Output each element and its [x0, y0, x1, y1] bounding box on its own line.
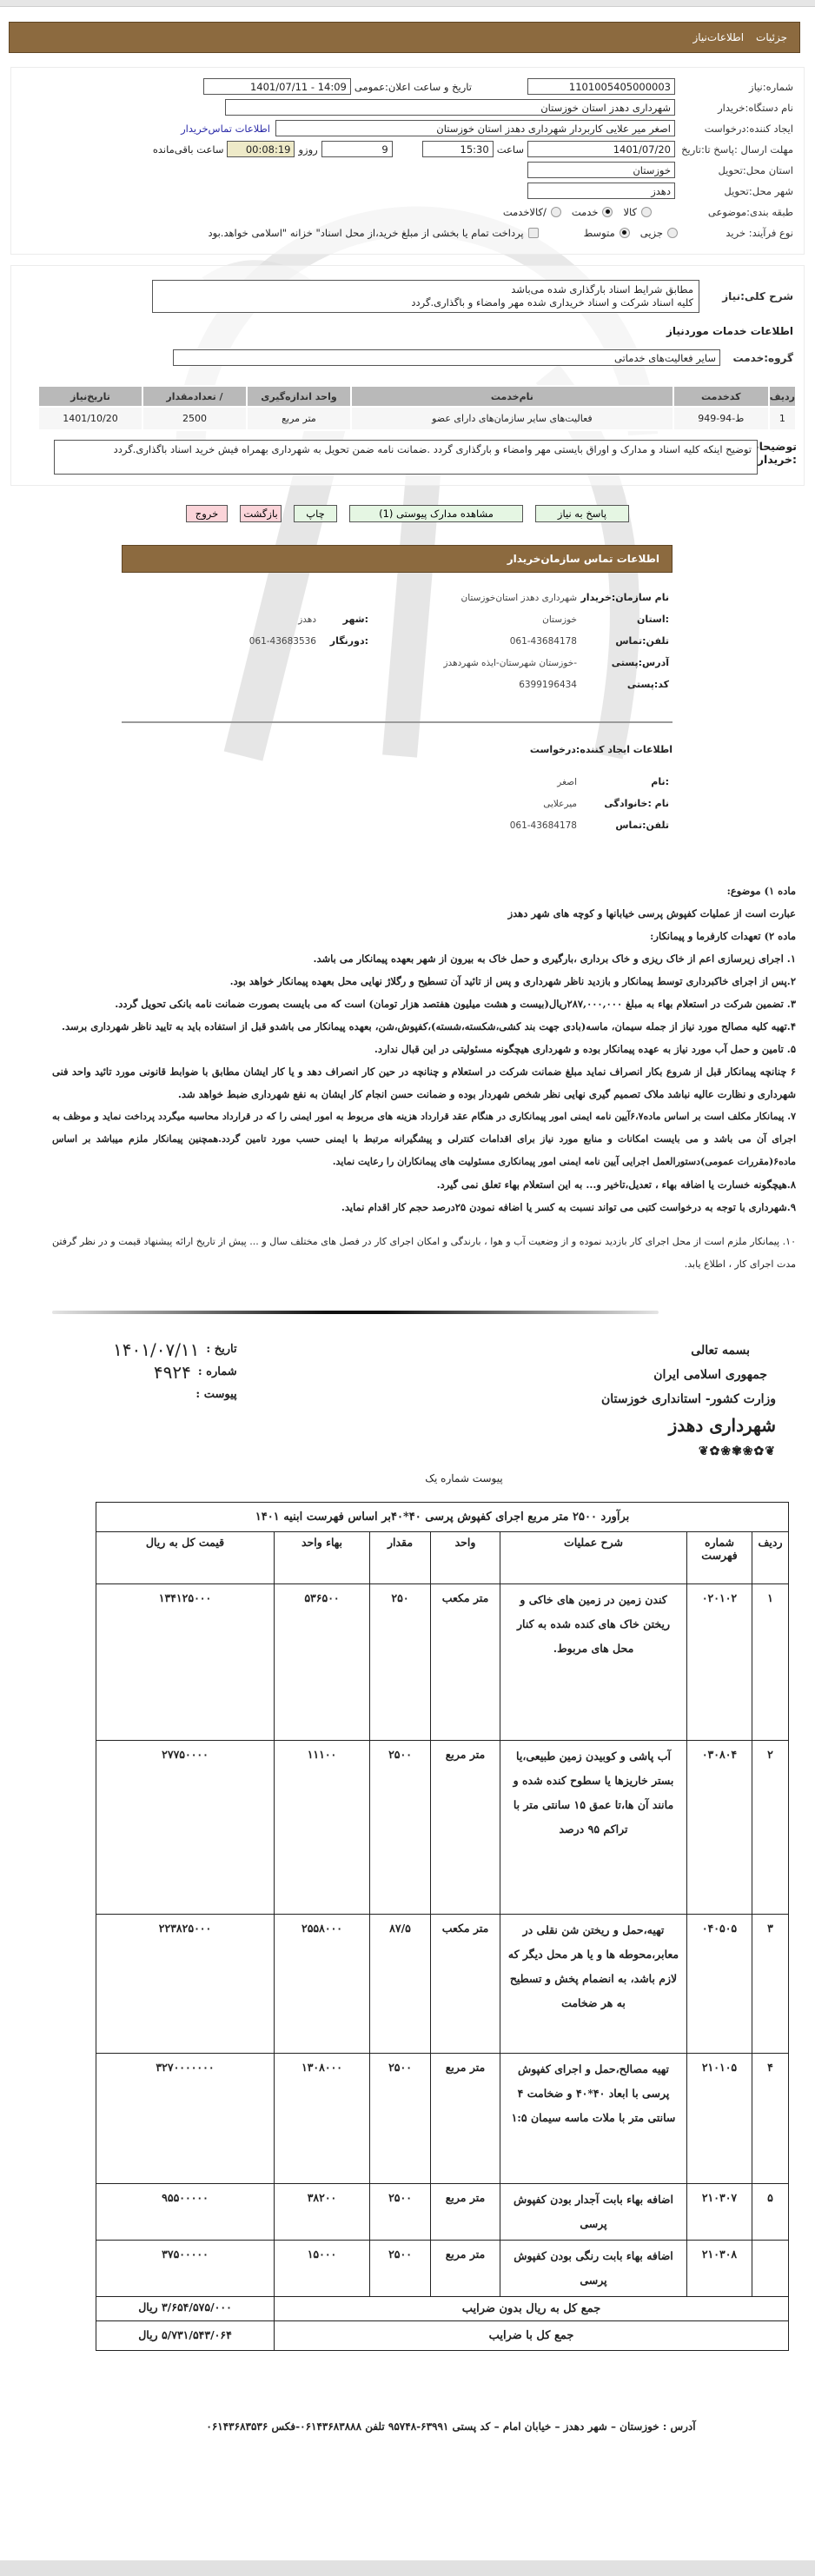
creator-phone-label: تلفن:تماس: [577, 820, 673, 831]
province-label: استان محل:تحویل: [675, 164, 797, 176]
need-number-label: شماره:نیاز: [675, 81, 797, 93]
table-row: ۲ ۰۳۰۸۰۴ آب پاشی و کوبیدن زمین طبیعی،یا …: [96, 1741, 789, 1915]
col-unit: واحد اندازه‌گیری: [247, 386, 351, 407]
tab-details[interactable]: جزئیات: [756, 31, 787, 43]
treasury-checkbox-label: پرداخت تمام یا بخشی از مبلغ خرید،از محل …: [209, 227, 524, 239]
need-number-field: 1101005405000003: [527, 78, 675, 95]
letterhead-line: جمهوری اسلامی ایران: [601, 1363, 776, 1387]
contact-title: اطلاعات تماس سازمان‌خریدار: [507, 553, 659, 565]
category-option-goods-service: /کالاخدمت: [503, 206, 547, 218]
deadline-label: مهلت ارسال :پاسخ تا:تاریخ: [675, 143, 797, 156]
creator-label: ایجاد کننده:درخواست: [675, 123, 797, 135]
creator-field: اصغر میر علایی کاربردار شهرداری دهدز است…: [275, 120, 675, 136]
items-table: ردیف کدخدمت نام‌خدمت واحد اندازه‌گیری / …: [37, 385, 797, 431]
cell-name: فعالیت‌های سایر سازمان‌های دارای عضو: [351, 407, 673, 430]
doc-paragraph: عبارت است از عملیات کفپوش پرسی خیابانها …: [52, 902, 796, 925]
group-label: گروه:خدمت: [720, 352, 797, 364]
days-label: روزو: [295, 143, 321, 156]
doc-paragraph: ۳. تضمین شرکت در استعلام بهاء به مبلغ ۲۸…: [52, 993, 796, 1015]
province-field: خوزستان: [527, 162, 675, 178]
table-row: 1 ط-94-949 فعالیت‌های سایر سازمان‌های دا…: [38, 407, 796, 430]
deadline-date-field: 1401/07/20: [527, 141, 675, 157]
city-label: شهر محل:تحویل: [675, 185, 797, 197]
letterhead-org: شهرداری دهدز: [601, 1411, 776, 1439]
est-col-total: قیمت کل به ریال: [96, 1532, 275, 1584]
contact-city-label: :شهر: [316, 614, 368, 625]
category-option-goods: کالا: [623, 206, 637, 218]
total-with-tax: ۵/۷۳۱/۵۴۳/۰۶۴ ریال: [96, 2321, 275, 2351]
announce-label: تاریخ و ساعت اعلان:عمومی: [351, 81, 475, 93]
est-col-unit: واحد: [431, 1532, 500, 1584]
annex-title: پیوست شماره یک: [0, 1472, 815, 1484]
exit-button[interactable]: خروج: [186, 505, 228, 522]
doc-paragraph: ۵. تامین و حمل آب مورد نیاز به عهده پیما…: [52, 1038, 796, 1060]
table-row: ۱ ۰۲۰۱۰۲ کندن زمین در زمین های خاکی و ری…: [96, 1584, 789, 1741]
total-with-tax-label: جمع کل با ضرایب: [275, 2321, 789, 2351]
cell-row: 1: [769, 407, 796, 430]
treasury-checkbox[interactable]: [528, 228, 539, 238]
top-strip: [0, 0, 815, 7]
buyer-org-field: شهرداری دهدز استان خوزستان: [225, 99, 675, 116]
days-field: 9: [321, 141, 393, 157]
doc-paragraph: ۲.پس از اجرای خاکبرداری توسط پیمانکار و …: [52, 970, 796, 993]
need-info-panel: شماره:نیاز 1101005405000003 تاریخ و ساعت…: [10, 67, 805, 255]
process-option-minor: جزیی: [640, 227, 663, 239]
doc-paragraph: ۶ چنانچه پیمانکار قبل از شروع بکار انصرا…: [52, 1060, 796, 1105]
contact-phone-value: 061-43684178: [368, 636, 577, 647]
back-button[interactable]: بازگشت: [240, 505, 282, 522]
action-buttons: پاسخ به نیاز مشاهده مدارک پیوستی (1) چاپ…: [0, 505, 815, 522]
description-label: شرح کلی:نیاز: [699, 290, 797, 302]
address-label: آدرس:پستی: [577, 657, 673, 668]
description-box: مطابق شرایط اسناد بارگذاری شده می‌باشد ک…: [152, 280, 699, 313]
fax-label: :دورنگار: [316, 635, 368, 647]
header-bar: جزئیات اطلاعات‌نیاز: [9, 22, 800, 53]
description-panel: شرح کلی:نیاز مطابق شرایط اسناد بارگذاری …: [10, 265, 805, 486]
print-button[interactable]: چاپ: [294, 505, 337, 522]
postal-value: 6399196434: [368, 680, 577, 690]
address-value: -خوزستان شهرستان-ایذه شهردهدز: [368, 658, 577, 668]
doc-paragraph: ۴.تهیه کلیه مصالح مورد نیاز از جمله سیما…: [52, 1015, 796, 1038]
creator-phone-value: 061-43684178: [368, 820, 577, 831]
total-row: جمع کل به ریال بدون ضرایب ۳/۶۵۴/۵۷۵/۰۰۰ …: [96, 2297, 789, 2321]
cell-date: 1401/10/20: [38, 407, 142, 430]
services-title: اطلاعات خدمات موردنیاز: [18, 325, 793, 337]
first-name-value: اصغر: [368, 777, 577, 787]
col-date: تاریخ‌نیاز: [38, 386, 142, 407]
contact-province-label: :استان: [577, 614, 673, 625]
table-row: ۴ ۲۱۰۱۰۵ تهیه مصالح،حمل و اجرای کفپوش پر…: [96, 2054, 789, 2184]
cell-unit: متر مربع: [247, 407, 351, 430]
doc-paragraph: ۷. پیمانکار مکلف است بر اساس ماده۶،۷آیین…: [52, 1105, 796, 1173]
buyer-org-label: نام دستگاه:خریدار: [675, 102, 797, 114]
buyer-notes-box: توضیح اینکه کلیه اسناد و مدارک و اوراق ب…: [54, 440, 758, 475]
first-name-label: :نام: [577, 776, 673, 787]
announce-field: 1401/07/11 - 14:09: [203, 78, 351, 95]
description-line-1: مطابق شرایط اسناد بارگذاری شده می‌باشد: [158, 283, 693, 296]
org-value: شهرداری دهدز استان‌خوزستان: [368, 593, 577, 603]
creator-section-title: اطلاعات ایجاد کننده:درخواست: [122, 739, 673, 760]
col-code: کدخدمت: [673, 386, 769, 407]
city-field: دهدز: [527, 183, 675, 199]
attached-document: ماده ۱) موضوع: عبارت است از عملیات کفپوش…: [0, 880, 815, 1276]
org-label: نام سازمان:خریدار: [577, 592, 673, 603]
ornament-icon: ❦✿❀✾❀✿❦: [601, 1439, 776, 1464]
letter-attachment-label: پیوست :: [195, 1384, 236, 1406]
table-row: ۳ ۰۴۰۵۰۵ تهیه،حمل و ریختن شن نقلی در معا…: [96, 1915, 789, 2054]
description-line-2: کلیه اسناد شرکت و اسناد خریداری شده مهر …: [158, 296, 693, 309]
est-col-description: شرح عملیات: [500, 1532, 687, 1584]
est-col-unit-price: بهاء واحد: [275, 1532, 370, 1584]
deadline-time-field: 15:30: [422, 141, 494, 157]
est-col-list-no: شماره فهرست: [687, 1532, 752, 1584]
view-attachments-button[interactable]: مشاهده مدارک پیوستی (1): [349, 505, 523, 522]
contact-header: اطلاعات تماس سازمان‌خریدار: [122, 545, 673, 573]
doc-paragraph: ۱۰. پیمانکار ملزم است از محل اجرای کار ب…: [52, 1231, 796, 1276]
divider: [122, 721, 673, 723]
category-label: طبقه بندی:موضوعی: [662, 206, 797, 218]
letter-date-label: تاریخ :: [206, 1338, 236, 1361]
cell-qty: 2500: [142, 407, 247, 430]
process-option-medium: متوسط: [584, 227, 615, 239]
category-option-service: خدمت: [572, 206, 599, 218]
letterhead-line: بسمه تعالی: [601, 1338, 776, 1363]
total-without-tax: ۳/۶۵۴/۵۷۵/۰۰۰ ریال: [96, 2297, 275, 2321]
footer-address: آدرس : خوزستان – شهر دهدز – خیابان امام …: [0, 2420, 815, 2433]
process-radio-minor[interactable]: [667, 228, 678, 238]
buyer-contact-section: اطلاعات تماس سازمان‌خریدار نام سازمان:خر…: [122, 545, 673, 836]
table-row: ۲۱۰۳۰۸ اضافه بهاء بابت رنگی بودن کفپوش پ…: [96, 2241, 789, 2297]
buyer-contact-link[interactable]: اطلاعات تماس‌خریدار: [176, 123, 275, 135]
last-name-value: میرعلایی: [368, 799, 577, 809]
letter-number-value: ۴۹۲۴: [154, 1361, 191, 1384]
process-label: نوع فرآیند: خرید: [688, 227, 797, 239]
doc-paragraph: ۱. اجرای زیرسازی اعم از خاک ریزی و خاک ب…: [52, 947, 796, 970]
letterhead-line: وزارت کشور- استانداری خوزستان: [601, 1387, 776, 1411]
estimate-caption: برآورد ۲۵۰۰ متر مربع اجرای کفپوش پرسی ۴۰…: [96, 1503, 789, 1532]
bottom-strip: [0, 2560, 815, 2576]
est-col-row: ردیف: [752, 1532, 789, 1584]
contact-province-value: خوزستان: [368, 614, 577, 625]
reply-button[interactable]: پاسخ به نیاز: [535, 505, 629, 522]
category-radio-goods[interactable]: [641, 207, 652, 217]
cell-code: ط-94-949: [673, 407, 769, 430]
category-radio-service[interactable]: [602, 207, 613, 217]
col-name: نام‌خدمت: [351, 386, 673, 407]
tab-need-info[interactable]: اطلاعات‌نیاز: [692, 31, 744, 43]
table-row: ۵ ۲۱۰۳۰۷ اضافه بهاء بابت آجدار بودن کفپو…: [96, 2184, 789, 2241]
total-row: جمع کل با ضرایب ۵/۷۳۱/۵۴۳/۰۶۴ ریال: [96, 2321, 789, 2351]
letterhead: بسمه تعالی جمهوری اسلامی ایران وزارت کشو…: [0, 1314, 815, 1464]
remaining-label: ساعت باقی‌مانده: [149, 143, 228, 156]
letter-date-value: ۱۴۰۱/۰۷/۱۱: [113, 1338, 199, 1361]
process-radio-medium[interactable]: [620, 228, 630, 238]
remaining-time-field: 00:08:19: [227, 141, 295, 157]
buyer-notes-label: توضیحات :خریدار: [758, 440, 797, 466]
last-name-label: نام :خانوادگی: [577, 798, 673, 809]
est-col-qty: مقدار: [370, 1532, 431, 1584]
group-field: سایر فعالیت‌های خدماتی: [173, 349, 720, 366]
col-qty: / تعدادمقدار: [142, 386, 247, 407]
estimate-table: برآورد ۲۵۰۰ متر مربع اجرای کفپوش پرسی ۴۰…: [96, 1502, 789, 2351]
doc-paragraph: ماده ۲) تعهدات کارفرما و پیمانکار:: [52, 925, 796, 947]
doc-paragraph: ۸.هیچگونه خسارت یا اضافه بهاء ، تعدیل،تا…: [52, 1173, 796, 1196]
contact-phone-label: تلفن:تماس: [577, 635, 673, 647]
doc-paragraph: ۹.شهرداری با توجه به درخواست کتبی می توا…: [52, 1196, 796, 1218]
contact-city-value: دهدز: [298, 614, 316, 625]
postal-label: کد:پستی: [577, 679, 673, 690]
deadline-time-label: ساعت: [494, 143, 527, 156]
letter-number-label: شماره :: [198, 1361, 237, 1384]
total-without-tax-label: جمع کل به ریال بدون ضرایب: [275, 2297, 789, 2321]
col-row: ردیف: [769, 386, 796, 407]
fax-value: 061-43683536: [249, 636, 316, 647]
doc-paragraph: ماده ۱) موضوع:: [52, 880, 796, 902]
category-radio-goods-service[interactable]: [551, 207, 561, 217]
